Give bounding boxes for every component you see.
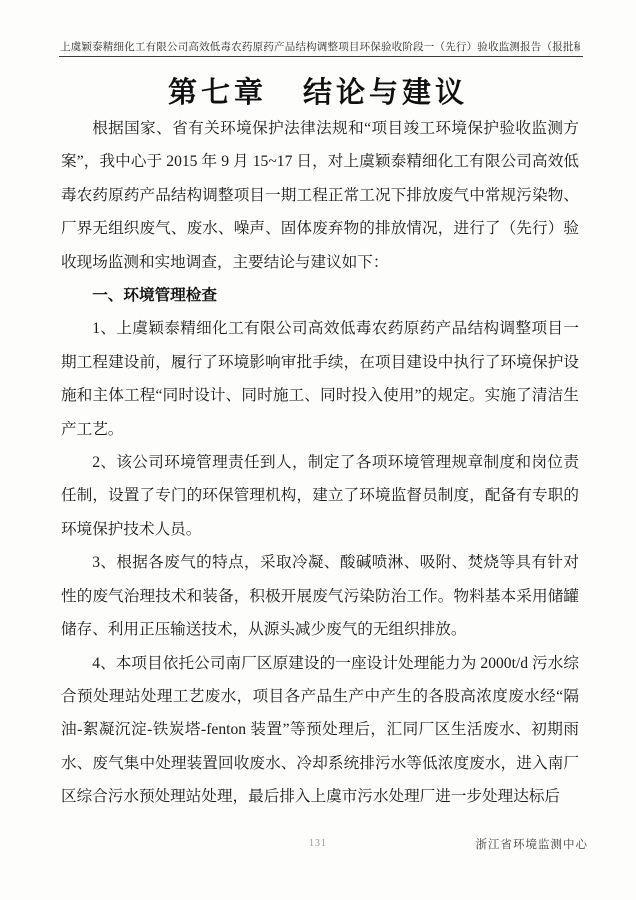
paragraph-item-1: 1、上虞颖泰精细化工有限公司高效低毒农药原药产品结构调整项目一期工程建设前，履行…: [61, 312, 579, 446]
paragraph-item-4: 4、本项目依托公司南厂区原建设的一座设计处理能力为 2000t/d 污水综合预处…: [61, 647, 579, 814]
page-number: 131: [288, 838, 348, 849]
chapter-name: 结论与建议: [303, 70, 468, 111]
scanned-content: 上虞颖泰精细化工有限公司高效低毒农药原药产品结构调整项目环保验收阶段一（先行）验…: [0, 0, 636, 900]
paragraph-item-3: 3、根据各废气的特点，采取冷凝、酸碱喷淋、吸附、焚烧等具有针对性的废气治理技术和…: [61, 546, 579, 646]
paragraph-item-2: 2、该公司环境管理责任到人，制定了各项环境管理规章制度和岗位责任制，设置了专门的…: [61, 446, 579, 546]
chapter-number: 第七章: [168, 70, 267, 111]
paragraph-intro: 根据国家、省有关环境保护法律法规和“项目竣工环境保护验收监测方案”，我中心于 2…: [61, 112, 579, 279]
body-text: 根据国家、省有关环境保护法律法规和“项目竣工环境保护验收监测方案”，我中心于 2…: [61, 112, 579, 814]
section-heading-environment-management: 一、环境管理检查: [61, 279, 579, 312]
chapter-title: 第七章 结论与建议: [0, 70, 636, 111]
header-divider: [59, 56, 583, 57]
document-page: 上虞颖泰精细化工有限公司高效低毒农药原药产品结构调整项目环保验收阶段一（先行）验…: [0, 0, 636, 900]
running-header: 上虞颖泰精细化工有限公司高效低毒农药原药产品结构调整项目环保验收阶段一（先行）验…: [60, 39, 580, 54]
footer-organization: 浙江省环境监测中心: [476, 836, 589, 852]
